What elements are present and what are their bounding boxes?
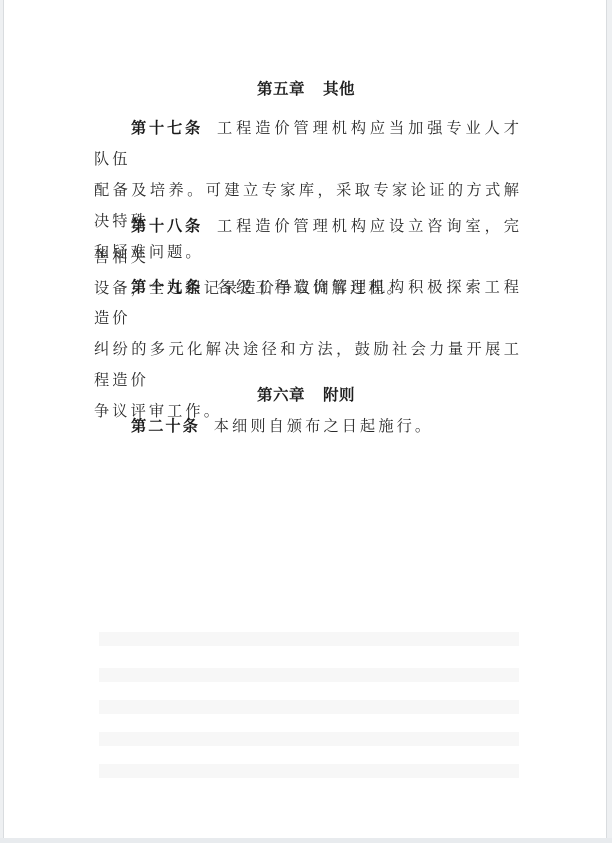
article-label: 第十七条 — [131, 119, 203, 137]
article-line: 第二十条本细则自颁布之日起施行。 — [94, 411, 522, 442]
bleed-through-shadow — [99, 632, 519, 646]
bleed-through-shadow — [99, 732, 519, 746]
article-label: 第十八条 — [131, 217, 203, 235]
viewer-background-strip — [0, 838, 612, 843]
article-line: 第十七条工程造价管理机构应当加强专业人才队伍 — [94, 113, 522, 175]
chapter-number: 第六章 — [257, 386, 305, 404]
article-text: 本细则自颁布之日起施行。 — [214, 417, 433, 435]
document-page: 第五章其他 第十七条工程造价管理机构应当加强专业人才队伍 配备及培养。可建立专家… — [3, 0, 607, 838]
bleed-through-shadow — [99, 700, 519, 714]
chapter-title: 附则 — [323, 386, 355, 404]
chapter-number: 第五章 — [257, 80, 305, 98]
article-label: 第二十条 — [131, 417, 200, 435]
chapter-heading-5: 第五章其他 — [4, 77, 608, 99]
article-line: 第十九条各级工程造价管理机构积极探索工程造价 — [94, 272, 522, 334]
chapter-title: 其他 — [323, 80, 355, 98]
bleed-through-shadow — [99, 668, 519, 682]
article-line: 第十八条工程造价管理机构应设立咨询室，完善相关 — [94, 211, 522, 273]
article-label: 第十九条 — [131, 278, 203, 296]
chapter-heading-6: 第六章附则 — [4, 383, 608, 405]
article-20: 第二十条本细则自颁布之日起施行。 — [94, 411, 522, 442]
bleed-through-shadow — [99, 764, 519, 778]
